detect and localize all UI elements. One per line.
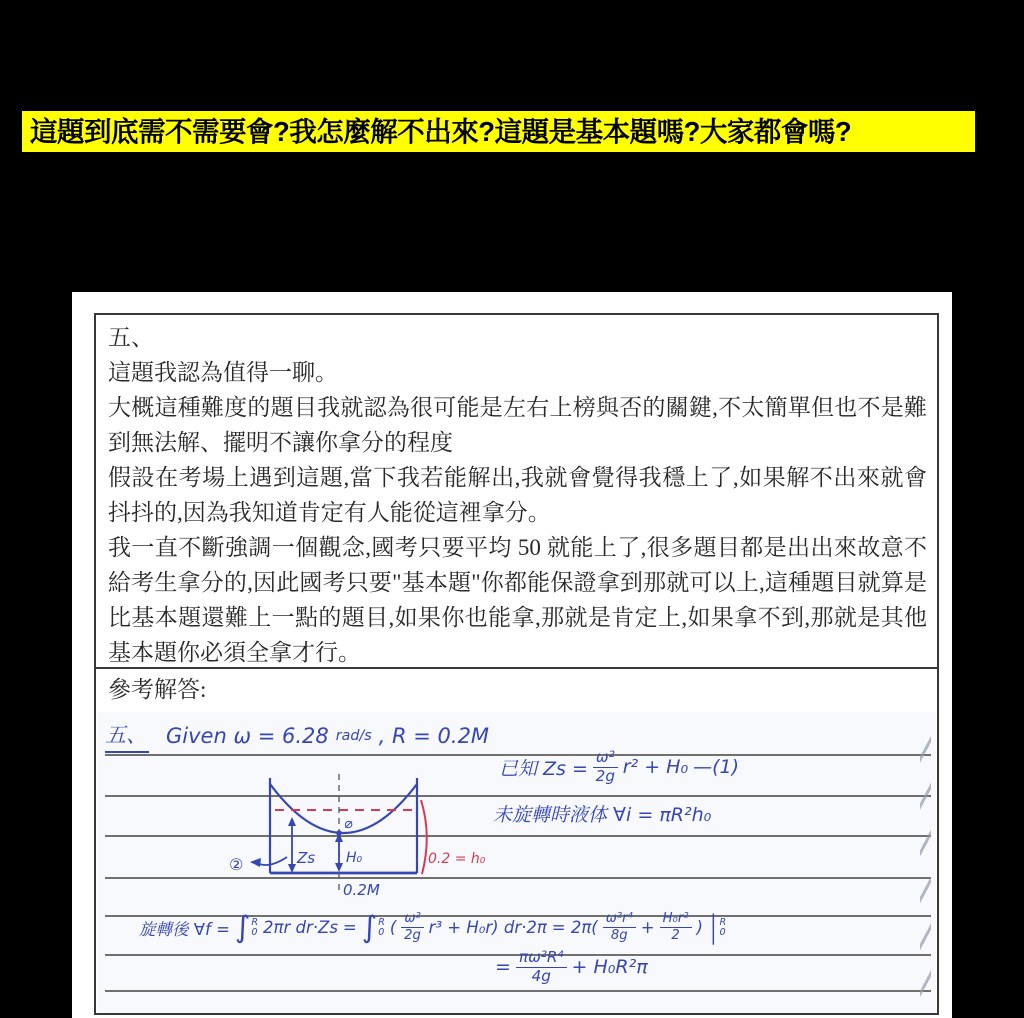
integrand-fraction: ω² 2g bbox=[401, 912, 423, 943]
integral-1: ∫ R 0 bbox=[235, 913, 258, 943]
paragraph-4: 我一直不斷強調一個觀念,國考只要平均 50 就能上了,很多題目都是出出來故意不給… bbox=[108, 530, 927, 670]
integrand-1: 2πr dr·Zs bbox=[263, 918, 338, 937]
result-equals: = bbox=[495, 956, 511, 978]
final-result-equation: = πω²R⁴ 4g + H₀R²π bbox=[495, 950, 648, 985]
paragraph-2: 大概這種難度的題目我就認為很可能是左右上榜與否的關鍵,不太簡單但也不是難到無法解… bbox=[108, 390, 927, 460]
page-edge-marks bbox=[920, 716, 931, 1007]
zs-arrowhead-up bbox=[288, 817, 296, 826]
paragraph-3: 假設在考場上遇到這題,當下我若能解出,我就會覺得我穩上了,如果解不出來就會抖抖的… bbox=[108, 460, 927, 530]
given-unit: rad/s bbox=[336, 728, 372, 744]
given-radius: , R = 0.2M bbox=[379, 724, 489, 748]
equation-tag: —(1) bbox=[693, 756, 739, 778]
width-label: 0.2M bbox=[343, 881, 380, 899]
reference-answer-label: 參考解答: bbox=[108, 672, 206, 707]
given-line: 五、 Given ω = 6.28 rad/s , R = 0.2M bbox=[105, 719, 489, 753]
section-divider bbox=[96, 667, 937, 669]
close-paren: ) bbox=[697, 918, 703, 937]
ruled-line bbox=[105, 990, 931, 992]
headline-banner: 這題到底需不需要會?我怎麼解不出來?這題是基本題嗎?大家都會嗎? bbox=[22, 111, 975, 152]
initial-volume-equation: 未旋轉時液体 ∀i = πR²h₀ bbox=[493, 800, 711, 827]
step-arrow bbox=[257, 857, 287, 865]
rotated-prefix: 旋轉後 ∀f = bbox=[139, 916, 230, 940]
discussion-box: 五、 這題我認為值得一聊。 大概這種難度的題目我就認為很可能是左右上榜與否的關鍵… bbox=[94, 313, 939, 1015]
result-rest: + H₀R²π bbox=[572, 956, 648, 978]
open-paren: ( bbox=[390, 918, 396, 937]
depth-label: 0.2 = h₀ bbox=[428, 851, 486, 867]
step-label: ② bbox=[229, 855, 243, 874]
depth-brace bbox=[421, 800, 427, 874]
result-fraction-1: ω²r⁴ 8g bbox=[603, 912, 636, 943]
handwritten-scan: 五、 Given ω = 6.28 rad/s , R = 0.2M 已知 Zs… bbox=[97, 712, 936, 1013]
known-equation: 已知 Zs = ω² 2g r² + H₀ —(1) bbox=[499, 750, 739, 785]
known-fraction: ω² 2g bbox=[593, 750, 618, 785]
commentary-text: 五、 這題我認為值得一聊。 大概這種難度的題目我就認為很可能是左右上榜與否的關鍵… bbox=[108, 320, 927, 670]
result-fraction-2: H₀r² 2 bbox=[660, 912, 692, 943]
step-arrowhead bbox=[250, 858, 261, 867]
problem-number: 五、 bbox=[105, 719, 149, 753]
tank-diagram: ② Zs H₀ ⌀ 0.2M 0.2 = h₀ bbox=[227, 770, 517, 910]
vertex-mark: ⌀ bbox=[344, 816, 353, 832]
equals-3: = 2π( bbox=[552, 918, 598, 937]
integral-2: ∫ R 0 bbox=[362, 913, 385, 943]
evaluation-bar: | R 0 bbox=[708, 912, 726, 943]
result-fraction: πω²R⁴ 4g bbox=[516, 950, 567, 985]
item-number: 五、 bbox=[108, 320, 927, 355]
plus-sign: + bbox=[641, 918, 655, 937]
vertex-dot bbox=[336, 830, 342, 836]
document-panel: 五、 這題我認為值得一聊。 大概這種難度的題目我就認為很可能是左右上榜與否的關鍵… bbox=[72, 292, 952, 1018]
paragraph-1: 這題我認為值得一聊。 bbox=[108, 355, 927, 390]
rotated-volume-equation: 旋轉後 ∀f = ∫ R 0 2πr dr·Zs = ∫ R 0 bbox=[139, 912, 726, 943]
zs-label: Zs bbox=[296, 849, 315, 867]
page: { "banner": { "text": "這題到底需不需要會?我怎麼解不出來… bbox=[0, 0, 1024, 1018]
h0-arrowhead-down bbox=[335, 863, 343, 872]
given-omega: Given ω = 6.28 bbox=[166, 724, 329, 748]
integrand-2: r³ + H₀r) dr·2π bbox=[429, 918, 547, 937]
equals-2: = bbox=[343, 918, 357, 937]
h0-label: H₀ bbox=[346, 850, 363, 866]
known-terms: r² + H₀ bbox=[623, 756, 688, 778]
